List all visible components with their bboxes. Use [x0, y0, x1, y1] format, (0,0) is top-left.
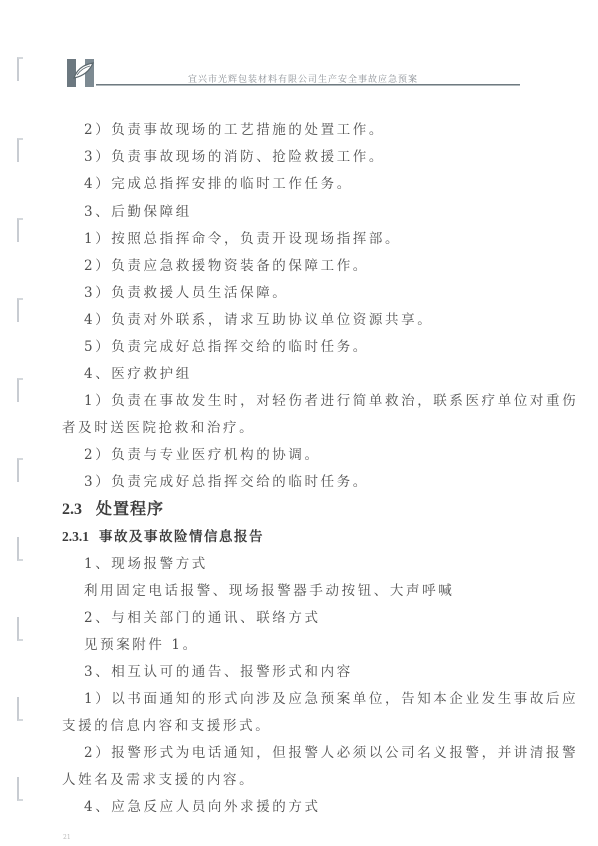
group-heading: 3、后勤保障组 [84, 200, 192, 220]
paragraph-line: 1）按照总指挥命令，负责开设现场指挥部。 [84, 227, 401, 247]
paragraph-line: 5）负责完成好总指挥交给的临时任务。 [84, 335, 369, 355]
group-heading: 3、相互认可的通告、报警形式和内容 [84, 660, 353, 680]
binding-mark [17, 378, 23, 402]
section-heading-2-3: 2.3处置程序 [62, 496, 164, 519]
binding-mark [17, 458, 23, 482]
paragraph-line: 3）负责救援人员生活保障。 [84, 281, 288, 301]
binding-mark [17, 138, 23, 162]
group-heading: 2、与相关部门的通讯、联络方式 [84, 606, 321, 626]
section-title: 处置程序 [96, 499, 164, 518]
page-number: 21 [63, 834, 71, 841]
paragraph-line: 4）负责对外联系，请求互助协议单位资源共享。 [84, 308, 433, 328]
paragraph-line: 1）以书面通知的形式向涉及应急预案单位，告知本企业发生事故后应 [84, 687, 578, 707]
paragraph-line: 者及时送医院抢救和治疗。 [62, 416, 255, 436]
paragraph-line: 人姓名及需求支援的内容。 [62, 768, 255, 788]
section-number: 2.3 [62, 501, 82, 518]
paragraph-line: 2）负责与专业医疗机构的协调。 [84, 443, 321, 463]
company-logo-icon [66, 58, 96, 88]
header-rule [96, 84, 520, 86]
paragraph-line: 3）负责事故现场的消防、抢险救援工作。 [84, 145, 385, 165]
section-title: 事故及事故险情信息报告 [99, 529, 264, 545]
paragraph-line: 见预案附件 1。 [84, 633, 199, 653]
paragraph-line: 支援的信息内容和支援形式。 [62, 714, 271, 734]
paragraph-line: 3）负责完成好总指挥交给的临时任务。 [84, 470, 369, 490]
binding-mark [17, 57, 23, 81]
binding-mark [17, 617, 23, 641]
group-heading: 4、医疗救护组 [84, 362, 192, 382]
paragraph-line: 利用固定电话报警、现场报警器手动按钮、大声呼喊 [84, 579, 454, 599]
paragraph-line: 2）报警形式为电话通知，但报警人必须以公司名义报警，并讲清报警 [84, 741, 578, 761]
paragraph-line: 4）完成总指挥安排的临时工作任务。 [84, 172, 353, 192]
binding-mark [17, 218, 23, 242]
group-heading: 4、应急反应人员向外求援的方式 [84, 795, 321, 815]
paragraph-line: 1）负责在事故发生时，对轻伤者进行简单救治，联系医疗单位对重伤 [84, 389, 578, 409]
binding-mark [17, 537, 23, 561]
paragraph-line: 2）负责应急救援物资装备的保障工作。 [84, 254, 369, 274]
section-heading-2-3-1: 2.3.1事故及事故险情信息报告 [62, 525, 264, 545]
binding-mark [17, 777, 23, 801]
binding-mark [17, 298, 23, 322]
binding-mark [17, 697, 23, 721]
paragraph-line: 2）负责事故现场的工艺措施的处置工作。 [84, 118, 385, 138]
group-heading: 1、现场报警方式 [84, 552, 208, 572]
section-number: 2.3.1 [62, 529, 89, 544]
